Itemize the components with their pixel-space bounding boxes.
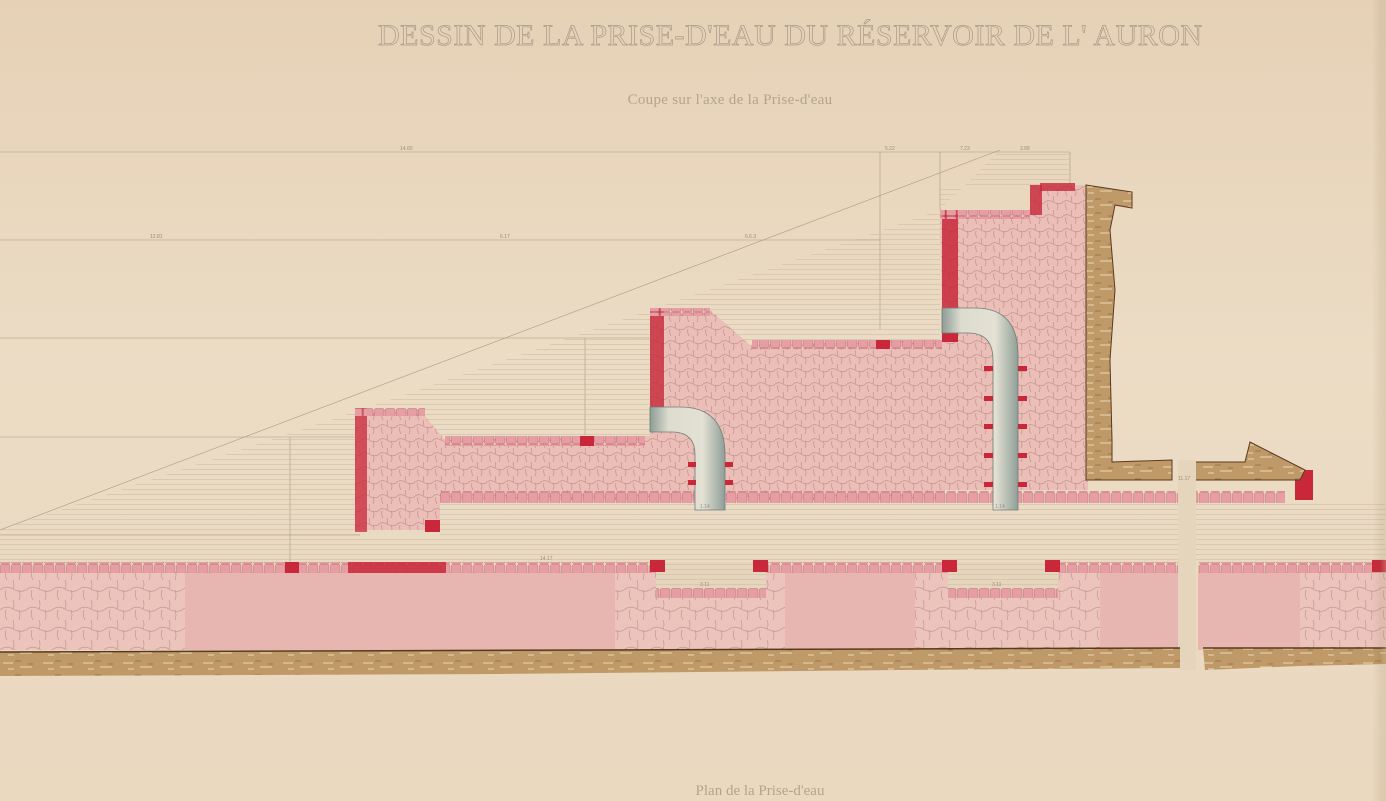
water-channel bbox=[440, 503, 1385, 561]
svg-text:5.22: 5.22 bbox=[885, 146, 895, 152]
svg-text:6.17: 6.17 bbox=[500, 234, 510, 240]
lower-embankment bbox=[0, 410, 360, 535]
paper-edge bbox=[1372, 0, 1386, 801]
svg-text:14.17: 14.17 bbox=[540, 556, 553, 562]
svg-text:14.60: 14.60 bbox=[400, 146, 413, 152]
svg-text:1.14: 1.14 bbox=[995, 504, 1005, 510]
ground-layer bbox=[0, 648, 1386, 676]
earth-retaining-wall bbox=[1086, 185, 1305, 480]
svg-text:7.23: 7.23 bbox=[960, 146, 970, 152]
channel-top-brick-course bbox=[440, 491, 1285, 503]
svg-text:6.6.3: 6.6.3 bbox=[745, 234, 756, 240]
svg-text:3.88: 3.88 bbox=[1020, 146, 1030, 152]
section-drawing: 14.60 5.22 7.23 3.88 12.81 6.17 6.6.3 1.… bbox=[0, 0, 1386, 801]
svg-text:1.14: 1.14 bbox=[700, 504, 710, 510]
svg-text:12.81: 12.81 bbox=[150, 234, 163, 240]
vertical-slot bbox=[1178, 460, 1196, 670]
svg-text:3.11: 3.11 bbox=[992, 582, 1002, 588]
svg-text:11.17: 11.17 bbox=[1178, 476, 1190, 482]
drawing-sheet: DESSIN DE LA PRISE-D'EAU DU RÉSERVOIR DE… bbox=[0, 0, 1386, 801]
channel-left-extension bbox=[0, 535, 440, 565]
plan-caption: Plan de la Prise-d'eau bbox=[660, 783, 860, 800]
svg-text:3.11: 3.11 bbox=[700, 582, 710, 588]
